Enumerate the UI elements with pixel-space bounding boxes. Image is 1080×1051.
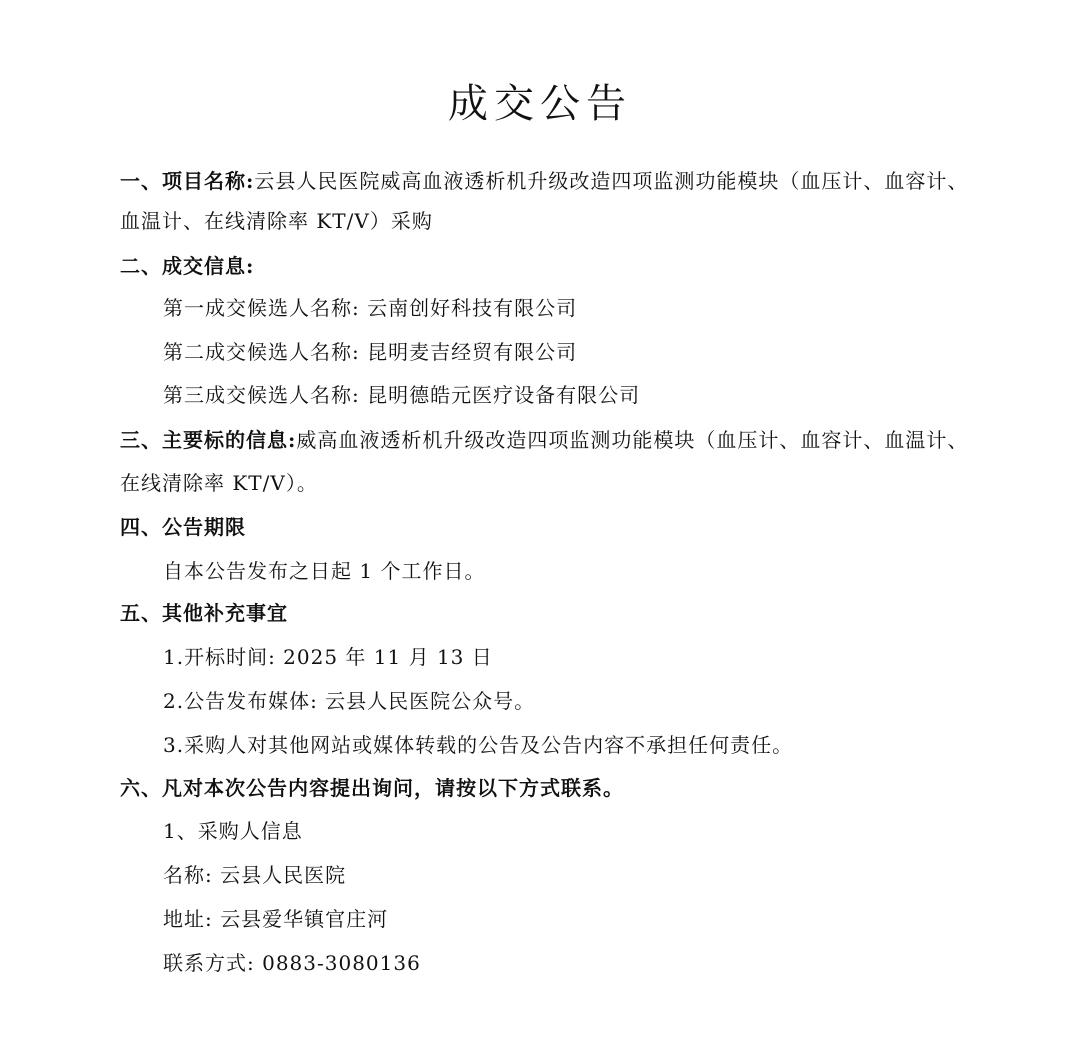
list-item: 1.开标时间: 2025 年 11 月 13 日 [163, 645, 493, 669]
section-text: 威高血液透析机升级改造四项监测功能模块（血压计、血容计、血温计、 [296, 428, 968, 452]
candidate-label: 第二成交候选人名称: [163, 340, 360, 364]
candidate-label: 第三成交候选人名称: [163, 383, 360, 407]
purchaser-name: 名称: 云县人民医院 [163, 863, 346, 887]
section-text: 云县人民医院威高血液透析机升级改造四项监测功能模块（血压计、血容计、 [254, 169, 968, 193]
candidate-value: 昆明德皓元医疗设备有限公司 [367, 383, 640, 407]
section-heading: 二、成交信息: [120, 254, 254, 278]
sub-heading: 1、采购人信息 [163, 819, 303, 843]
section-heading: 四、公告期限 [120, 515, 246, 539]
purchaser-contact: 联系方式: 0883-3080136 [163, 951, 421, 975]
candidate-row: 第二成交候选人名称: 昆明麦吉经贸有限公司 [163, 340, 577, 364]
section-text: 在线清除率 KT/V）。 [120, 471, 318, 495]
candidate-label: 第一成交候选人名称: [163, 296, 360, 320]
section-heading: 五、其他补充事宜 [120, 601, 288, 625]
list-item: 3.采购人对其他网站或媒体转载的公告及公告内容不承担任何责任。 [163, 733, 793, 757]
purchaser-address: 地址: 云县爱华镇官庄河 [163, 907, 388, 931]
section-text: 自本公告发布之日起 1 个工作日。 [163, 559, 485, 583]
candidate-value: 昆明麦吉经贸有限公司 [367, 340, 577, 364]
section-text: 血温计、在线清除率 KT/V）采购 [120, 209, 433, 233]
candidate-row: 第三成交候选人名称: 昆明德皓元医疗设备有限公司 [163, 383, 640, 407]
section-heading: 三、主要标的信息: [120, 428, 296, 452]
section-heading: 一、项目名称: [120, 169, 254, 193]
candidate-value: 云南创好科技有限公司 [367, 296, 577, 320]
list-item: 2.公告发布媒体: 云县人民医院公众号。 [163, 689, 535, 713]
page-title: 成交公告 [0, 72, 1080, 129]
candidate-row: 第一成交候选人名称: 云南创好科技有限公司 [163, 296, 577, 320]
section-heading: 六、凡对本次公告内容提出询问，请按以下方式联系。 [120, 776, 624, 800]
